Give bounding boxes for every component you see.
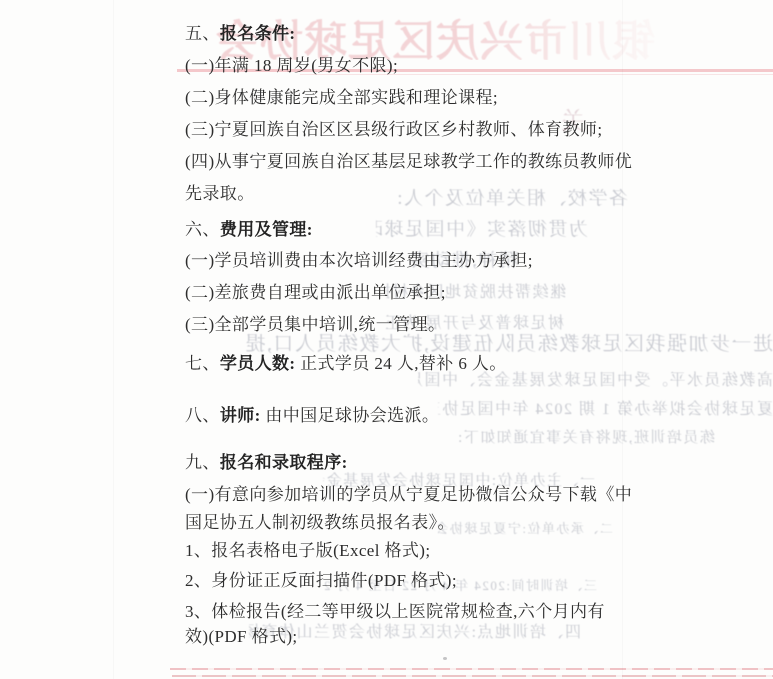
scanned-document-page: 银川市兴庆区足球协会 关 各学校、相关单位及个人:为贯彻落实《中国足球改精神,推… xyxy=(0,0,773,679)
text-line: 国足协五人制初级教练员报名表》。 xyxy=(185,512,635,536)
text-line: 八、讲师: 由中国足球协会选派。 xyxy=(185,405,635,429)
body-text: 先录取。 xyxy=(185,184,255,203)
body-text: 效)(PDF 格式); xyxy=(185,627,298,646)
text-line: 1、报名表格电子版(Excel 格式); xyxy=(185,540,635,564)
text-line: 七、学员人数: 正式学员 24 人,替补 6 人。 xyxy=(185,353,635,377)
text-line: (一)有意向参加培训的学员从宁夏足协微信公众号下载《中 xyxy=(185,484,635,508)
text-line: 2、身份证正反面扫描件(PDF 格式); xyxy=(185,570,635,594)
body-text: 五、 xyxy=(185,24,220,43)
text-line: 九、报名和录取程序: xyxy=(185,452,635,476)
bleedthrough-text-line: 练员培训班,现将有关事宜通知如下: xyxy=(453,428,715,450)
body-text: (一)有意向参加培训的学员从宁夏足协微信公众号下载《中 xyxy=(185,485,632,504)
text-line: 五、报名条件: xyxy=(185,23,635,47)
body-text: 由中国足球协会选派。 xyxy=(261,406,440,425)
text-line: (三)宁夏回族自治区区县级行政区乡村教师、体育教师; xyxy=(185,119,635,143)
section-heading-text: 报名和录取程序: xyxy=(220,453,348,472)
text-line: 六、费用及管理: xyxy=(185,219,635,243)
text-line: (三)全部学员集中培训,统一管理。 xyxy=(185,314,635,338)
section-heading-text: 报名条件: xyxy=(220,24,296,43)
body-text: 八、 xyxy=(185,406,220,425)
body-text: (四)从事宁夏回族自治区基层足球教学工作的教练员教师优 xyxy=(185,152,632,171)
section-heading-text: 学员人数: xyxy=(220,354,296,373)
body-text: 七、 xyxy=(185,354,220,373)
text-line: (二)身体健康能完成全部实践和理论课程; xyxy=(185,87,635,111)
body-text: 九、 xyxy=(185,453,220,472)
body-text: (三)宁夏回族自治区区县级行政区乡村教师、体育教师; xyxy=(185,120,602,139)
body-text: 2、身份证正反面扫描件(PDF 格式); xyxy=(185,571,457,590)
text-line: 3、体检报告(经二等甲级以上医院常规检查,六个月内有 xyxy=(185,601,635,625)
body-text: (三)全部学员集中培训,统一管理。 xyxy=(185,315,445,334)
body-text: 国足协五人制初级教练员报名表》。 xyxy=(185,513,455,532)
body-text: (二)身体健康能完成全部实践和理论课程; xyxy=(185,88,498,107)
body-text: (一)学员培训费由本次培训经费由主办方承担; xyxy=(185,251,533,270)
scan-streak xyxy=(622,0,623,679)
body-text: 1、报名表格电子版(Excel 格式); xyxy=(185,541,431,560)
bleedthrough-rule-bottom-2 xyxy=(172,675,773,677)
text-line: (二)差旅费自理或由派出单位承担; xyxy=(185,282,635,306)
body-text: 六、 xyxy=(185,220,220,239)
body-text: 3、体检报告(经二等甲级以上医院常规检查,六个月内有 xyxy=(185,602,605,621)
text-line: 效)(PDF 格式); xyxy=(185,626,635,650)
text-line: 先录取。 xyxy=(185,183,635,207)
body-text: (一)年满 18 周岁(男女不限); xyxy=(185,56,398,75)
body-text: (二)差旅费自理或由派出单位承担; xyxy=(185,283,446,302)
section-heading-text: 讲师: xyxy=(220,406,261,425)
scan-speck xyxy=(443,657,447,660)
scan-streak xyxy=(113,0,114,679)
text-line: (四)从事宁夏回族自治区基层足球教学工作的教练员教师优 xyxy=(185,151,635,175)
section-heading-text: 费用及管理: xyxy=(220,220,313,239)
text-line: (一)年满 18 周岁(男女不限); xyxy=(185,55,635,79)
text-line: (一)学员培训费由本次培训经费由主办方承担; xyxy=(185,250,635,274)
bleedthrough-rule-bottom-1 xyxy=(170,668,773,670)
body-text: 正式学员 24 人,替补 6 人。 xyxy=(295,354,506,373)
